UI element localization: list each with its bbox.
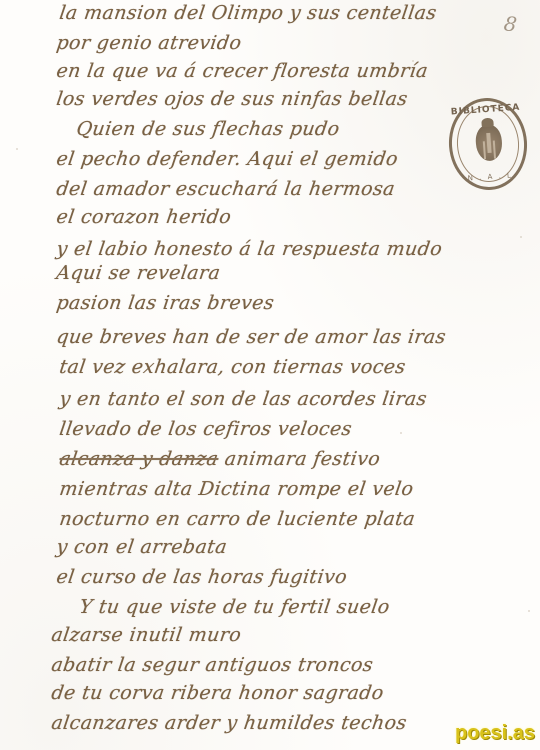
line-text: la mansion del Olimpo y sus centellas: [58, 2, 438, 24]
line-text: en la que va á crecer floresta umbría: [55, 60, 430, 82]
manuscript-line: alzarse inutil muro: [50, 624, 243, 646]
manuscript-line: de tu corva ribera honor sagrado: [50, 682, 385, 704]
line-text: y el labio honesto á la respuesta mudo: [55, 238, 444, 260]
line-text: Y tu que viste de tu fertil suelo: [78, 596, 391, 618]
line-text: los verdes ojos de sus ninfas bellas: [55, 88, 409, 110]
paper-speck: [528, 610, 530, 612]
manuscript-line: tal vez exhalara, con tiernas voces: [58, 356, 407, 378]
line-text: que breves han de ser de amor las iras: [55, 326, 447, 348]
paper-speck: [520, 236, 522, 238]
manuscript-line: el curso de las horas fugitivo: [55, 566, 349, 588]
manuscript-line: llevado de los cefiros veloces: [58, 418, 353, 440]
line-text: tal vez exhalara, con tiernas voces: [58, 356, 407, 378]
manuscript-line: y en tanto el son de las acordes liras: [58, 388, 428, 410]
manuscript-line: que breves han de ser de amor las iras: [55, 326, 447, 348]
line-text: de tu corva ribera honor sagrado: [50, 682, 385, 704]
line-text: el curso de las horas fugitivo: [55, 566, 349, 588]
line-text: pasion las iras breves: [55, 292, 276, 314]
struck-through-text: alcanza y danza: [58, 448, 220, 470]
manuscript-line: por genio atrevido: [55, 32, 243, 54]
poesias-watermark-logo[interactable]: poesi.as: [455, 722, 535, 745]
manuscript-line: Aqui se revelara: [55, 262, 222, 284]
manuscript-line: el pecho defender. Aqui el gemido: [55, 148, 400, 170]
manuscript-line: el corazon herido: [55, 206, 233, 228]
paper-speck: [400, 432, 402, 434]
manuscript-line: y el labio honesto á la respuesta mudo: [55, 238, 444, 260]
line-text: animara festivo: [217, 448, 382, 470]
line-text: el pecho defender. Aqui el gemido: [55, 148, 400, 170]
line-text: y con el arrebata: [55, 536, 229, 558]
manuscript-line: nocturno en carro de luciente plata: [58, 508, 417, 530]
line-text: alcanzares arder y humildes techos: [50, 712, 408, 734]
paper-speck: [412, 60, 414, 62]
manuscript-line: mientras alta Dictina rompe el velo: [58, 478, 415, 500]
library-stamp: BIBLIOTECA N . A . L: [446, 95, 530, 192]
manuscript-line: los verdes ojos de sus ninfas bellas: [55, 88, 409, 110]
line-text: abatir la segur antiguos troncos: [50, 654, 375, 676]
manuscript-page: 8 la mansion del Olimpo y sus centellasp…: [0, 0, 540, 750]
line-text: nocturno en carro de luciente plata: [58, 508, 417, 530]
line-text: mientras alta Dictina rompe el velo: [58, 478, 415, 500]
line-text: llevado de los cefiros veloces: [58, 418, 353, 440]
line-text: Quien de sus flechas pudo: [75, 118, 341, 140]
line-text: por genio atrevido: [55, 32, 243, 54]
manuscript-line: Y tu que viste de tu fertil suelo: [78, 596, 391, 618]
manuscript-line: alcanza y danza animara festivo: [58, 448, 382, 470]
paper-speck: [16, 148, 18, 150]
manuscript-line: abatir la segur antiguos troncos: [50, 654, 375, 676]
manuscript-line: la mansion del Olimpo y sus centellas: [58, 2, 438, 24]
line-text: y en tanto el son de las acordes liras: [58, 388, 428, 410]
line-text: alzarse inutil muro: [50, 624, 243, 646]
manuscript-line: Quien de sus flechas pudo: [75, 118, 341, 140]
manuscript-line: alcanzares arder y humildes techos: [50, 712, 408, 734]
manuscript-line: pasion las iras breves: [55, 292, 276, 314]
manuscript-line: en la que va á crecer floresta umbría: [55, 60, 430, 82]
manuscript-line: del amador escuchará la hermosa: [55, 178, 396, 200]
line-text: el corazon herido: [55, 206, 233, 228]
page-number: 8: [502, 11, 518, 37]
manuscript-line: y con el arrebata: [55, 536, 229, 558]
line-text: Aqui se revelara: [55, 262, 222, 284]
line-text: del amador escuchará la hermosa: [55, 178, 396, 200]
